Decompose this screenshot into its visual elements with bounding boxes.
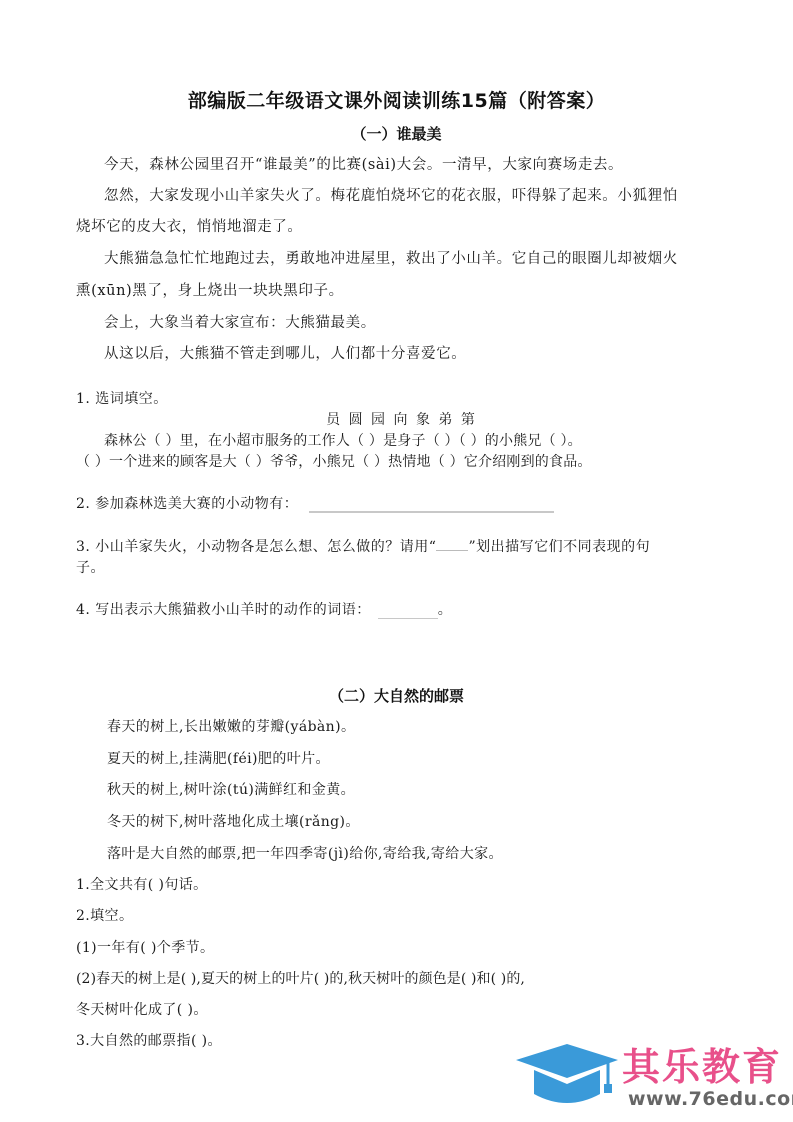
question-4-end: 。 [438,602,453,618]
question-2-text: 2. 参加森林选美大赛的小动物有： [76,496,298,512]
watermark-url: www.76edu.com [628,1088,793,1110]
graduation-cap-icon [512,1038,622,1118]
question: (1)一年有( )个季节。 [76,937,214,957]
word-bank: 员 圆 园 向 象 弟 第 [0,409,793,429]
paragraph: 会上，大象当着大家宣布：大熊猫最美。 [104,311,376,332]
section-heading-2: （二）大自然的邮票 [0,685,793,706]
section-heading-1: （一）谁最美 [0,123,793,144]
question: 1.全文共有( )句话。 [76,874,208,894]
paragraph: 忽然，大家发现小山羊家失火了。梅花鹿怕烧坏它的花衣服，吓得躲了起来。小狐狸怕 [104,184,678,205]
document-title: 部编版二年级语文课外阅读训练15篇（附答案） [0,86,793,113]
paragraph-continuation: 熏(xūn)黑了，身上烧出一块块黑印子。 [76,279,344,300]
fill-blank-line: （ ）一个进来的顾客是大（ ）爷爷，小熊兄（ ）热情地（ ）它介绍刚到的食品。 [76,451,592,471]
paragraph: 大熊猫急急忙忙地跑过去，勇敢地冲进屋里，救出了小山羊。它自己的眼圈儿却被烟火 [104,247,678,268]
underline-sample [436,538,468,551]
question-1-label: 1. 选词填空。 [76,388,168,408]
paragraph: 春天的树上,长出嫩嫩的芽瓣(yábàn)。 [107,716,355,736]
question-3-text-end: ”划出描写它们不同表现的句 [468,539,650,555]
question: (2)春天的树上是( ),夏天的树上的叶片( )的,秋天树叶的颜色是( )和( … [76,968,525,988]
question: 2.填空。 [76,905,133,925]
question-3: 3. 小山羊家失火，小动物各是怎么想、怎么做的？请用“”划出描写它们不同表现的句 [76,536,650,556]
question-2: 2. 参加森林选美大赛的小动物有： [76,493,554,513]
paragraph: 夏天的树上,挂满肥(féi)肥的叶片。 [107,748,330,768]
answer-line[interactable] [378,617,438,619]
question-4: 4. 写出表示大熊猫救小山羊时的动作的词语： 。 [76,599,452,619]
question-3-text: 3. 小山羊家失火，小动物各是怎么想、怎么做的？请用“ [76,539,436,555]
paragraph: 秋天的树上,树叶涂(tú)满鲜红和金黄。 [107,779,355,799]
watermark-logo: 其乐教育 www.76edu.com [512,1032,793,1122]
question-continuation: 冬天树叶化成了( )。 [76,999,208,1019]
question-4-text: 4. 写出表示大熊猫救小山羊时的动作的词语： [76,602,371,618]
question-3-continuation: 子。 [76,557,105,577]
paragraph: 从这以后，大熊猫不管走到哪儿，人们都十分喜爱它。 [104,342,466,363]
paragraph: 冬天的树下,树叶落地化成土壤(rǎng)。 [107,811,360,831]
paragraph-continuation: 烧坏它的皮大衣，悄悄地溜走了。 [76,215,303,236]
answer-line[interactable] [309,510,554,513]
paragraph: 今天，森林公园里召开“谁最美”的比赛(sài)大会。一清早，大家向赛场走去。 [104,153,623,174]
paragraph: 落叶是大自然的邮票,把一年四季寄(jì)给你,寄给我,寄给大家。 [107,843,503,863]
watermark-brand-name: 其乐教育 [622,1036,782,1091]
fill-blank-line: 森林公（ ）里，在小超市服务的工作人（ ）是身子（ ）（ ）的小熊兄（ ）。 [104,430,582,450]
question: 3.大自然的邮票指( )。 [76,1030,222,1050]
